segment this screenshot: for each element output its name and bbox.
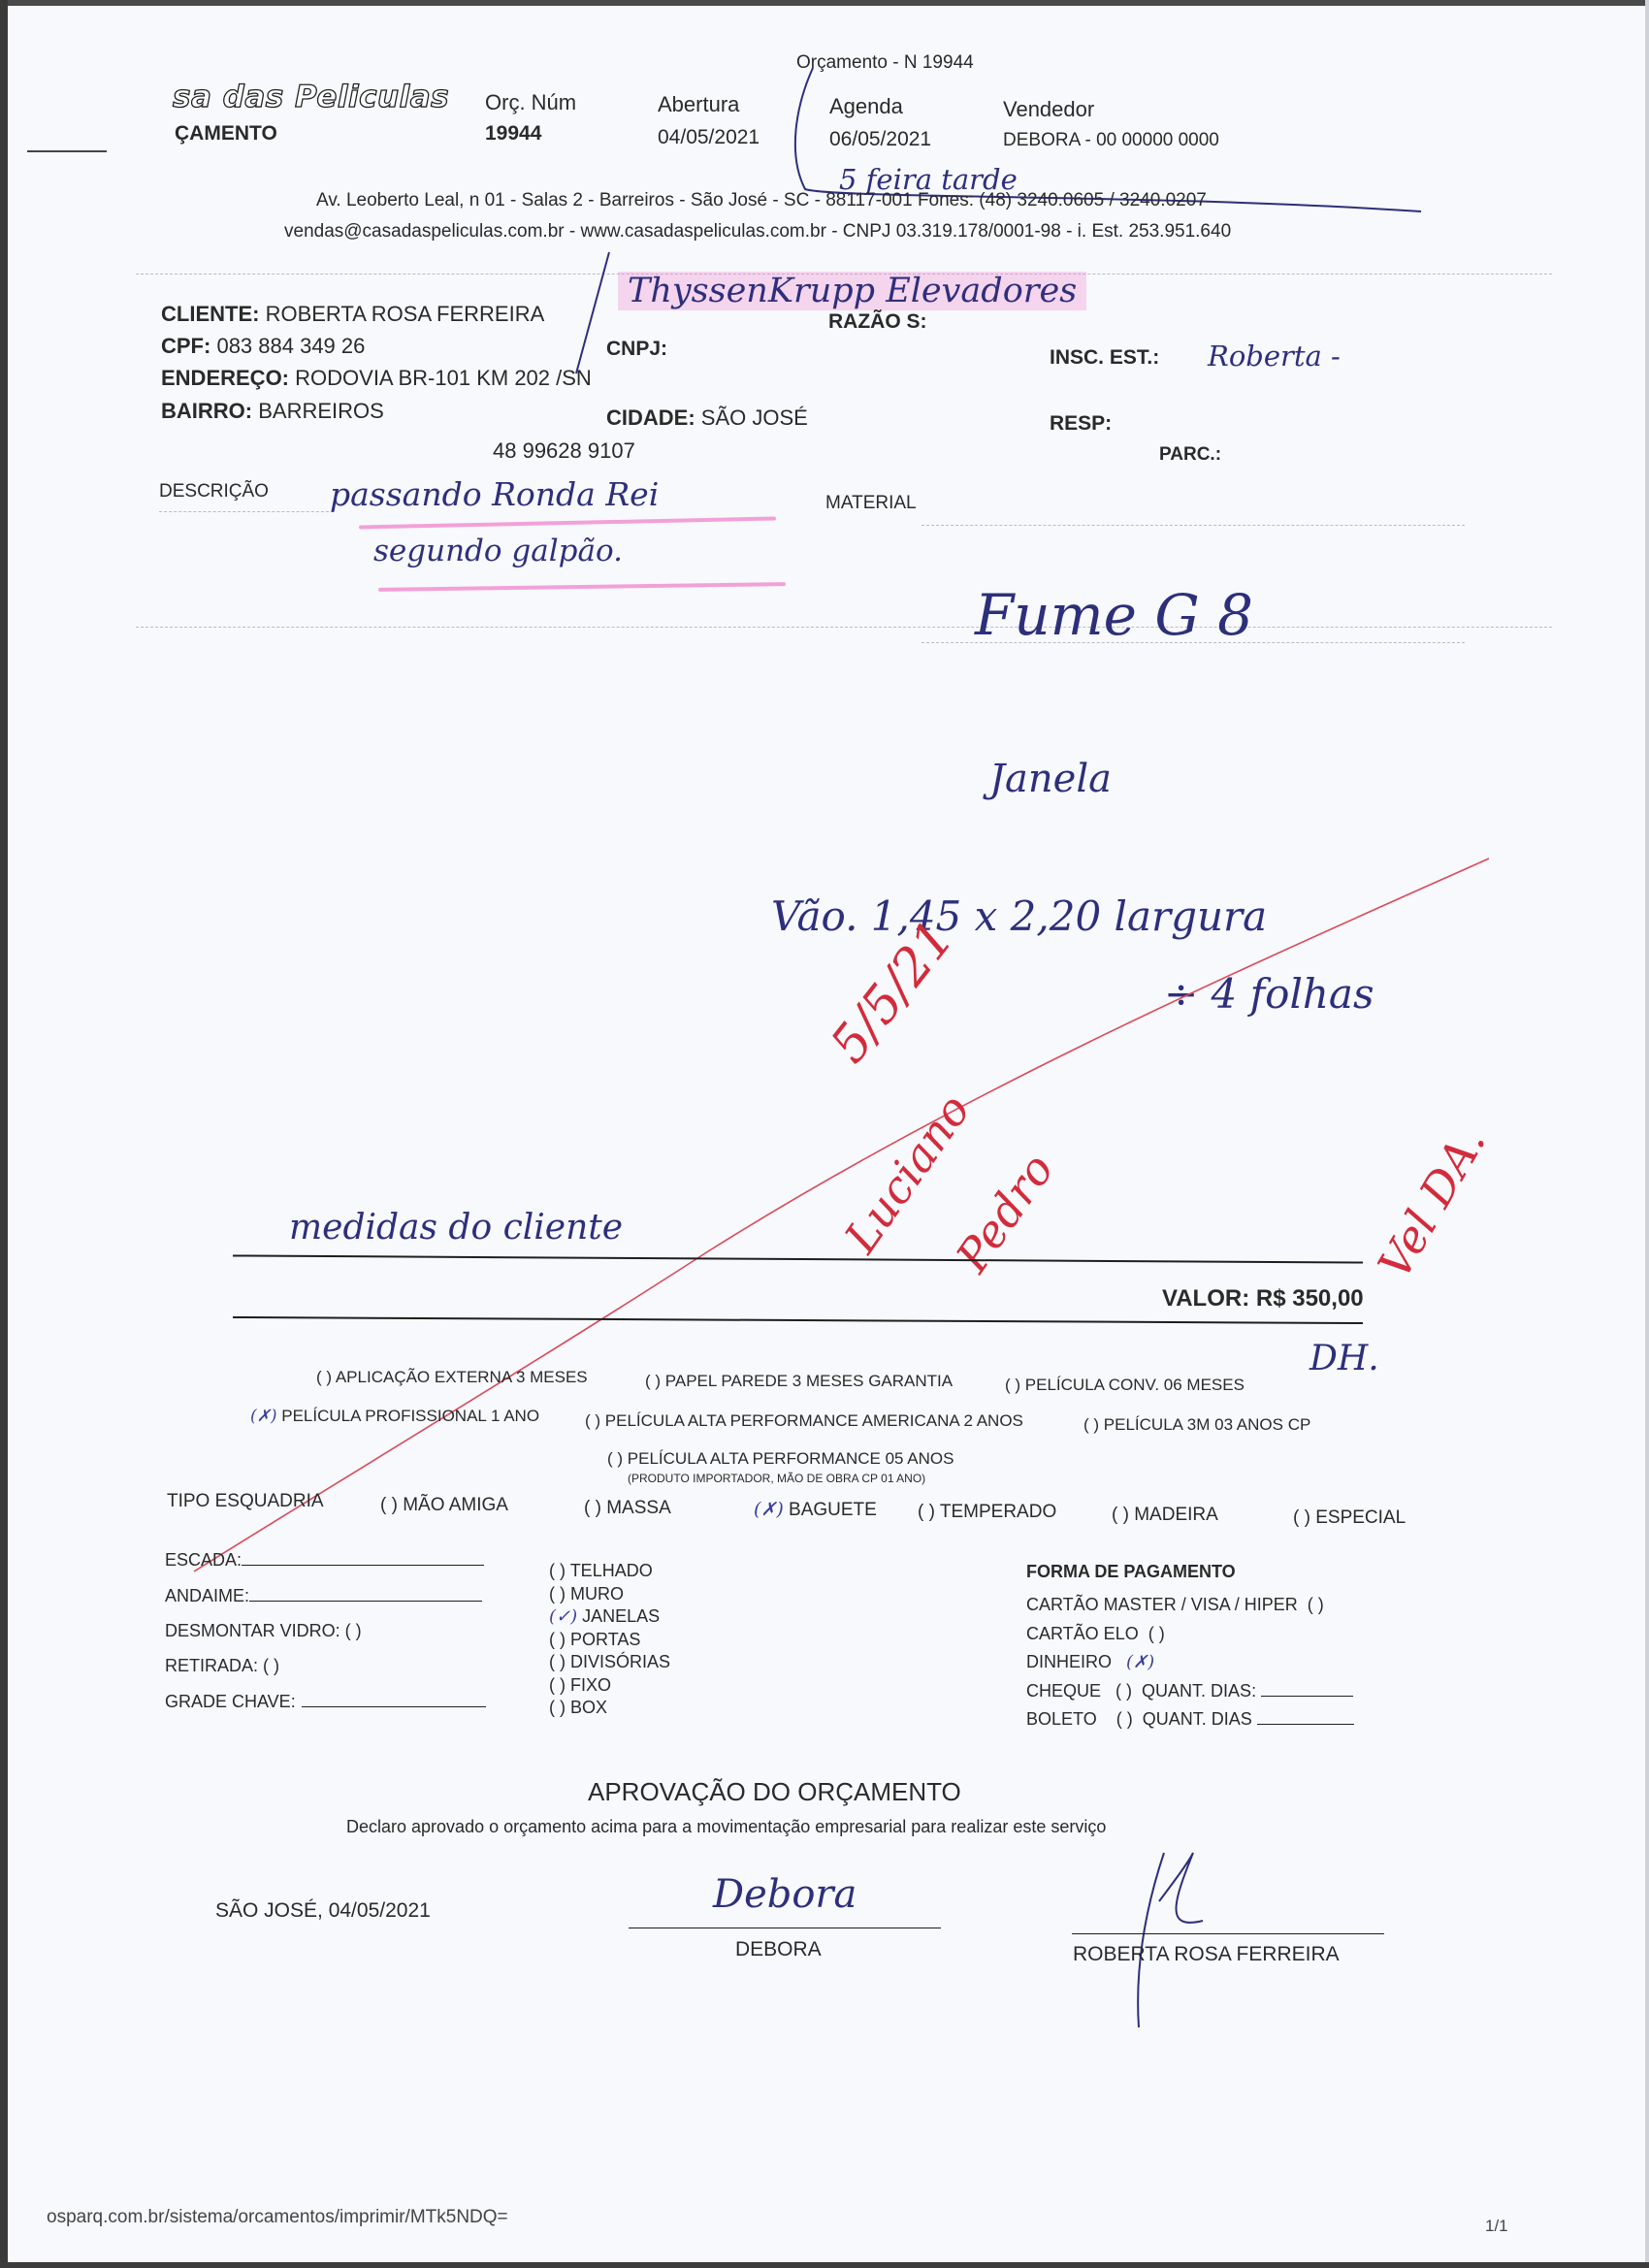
option-label: DINHEIRO (1026, 1652, 1112, 1671)
esquadria-massa[interactable]: ( ) MASSA (584, 1498, 671, 1519)
checkbox[interactable]: ( ) (1083, 1415, 1099, 1434)
service-papel-parede[interactable]: ( ) PAPEL PAREDE 3 MESES GARANTIA (645, 1372, 953, 1391)
grade-label: GRADE CHAVE: (165, 1692, 296, 1711)
signer-roberta: ROBERTA ROSA FERREIRA (1073, 1943, 1340, 1966)
grade-field[interactable]: GRADE CHAVE: (165, 1691, 486, 1712)
payment-dinheiro[interactable]: DINHEIRO (✗) (1026, 1648, 1354, 1677)
option-label: BOLETO (1026, 1709, 1097, 1729)
quant-dias-label: QUANT. DIAS: (1142, 1681, 1256, 1701)
option-label: CARTÃO ELO (1026, 1624, 1139, 1643)
quant-dias-input[interactable] (1261, 1680, 1353, 1697)
service-pelicula-conv[interactable]: ( ) PELÍCULA CONV. 06 MESES (1005, 1376, 1245, 1395)
signature-debora: Debora (713, 1872, 857, 1917)
option-label: TEMPERADO (940, 1502, 1056, 1522)
valor-field: VALOR: R$ 350,00 (1162, 1285, 1364, 1312)
valor-value: R$ 350,00 (1256, 1285, 1364, 1312)
andaime-field[interactable]: ANDAIME: (165, 1585, 482, 1606)
option-label: BOX (570, 1698, 607, 1717)
option-label: CARTÃO MASTER / VISA / HIPER (1026, 1595, 1298, 1614)
option-label: PELÍCULA PROFISSIONAL 1 ANO (281, 1407, 539, 1425)
quant-dias-input[interactable] (1257, 1708, 1354, 1725)
payment-cartao-master[interactable]: CARTÃO MASTER / VISA / HIPER ( ) (1026, 1591, 1354, 1620)
esquadria-especial[interactable]: ( ) ESPECIAL (1293, 1507, 1406, 1529)
option-label: PAPEL PAREDE 3 MESES GARANTIA (665, 1372, 953, 1390)
place-date: SÃO JOSÉ, 04/05/2021 (215, 1899, 431, 1923)
andaime-label: ANDAIME: (165, 1586, 249, 1605)
esquadria-mao-amiga[interactable]: ( ) MÃO AMIGA (380, 1495, 508, 1516)
checkbox[interactable]: ( ) (584, 1498, 601, 1518)
checkbox-checked[interactable]: (✓) (549, 1606, 577, 1627)
checkbox-checked[interactable]: (✗) (754, 1499, 784, 1520)
esquadria-baguete[interactable]: (✗) BAGUETE (754, 1499, 877, 1521)
checkbox[interactable]: ( ) (1308, 1595, 1324, 1614)
option-label: PORTAS (570, 1630, 640, 1649)
scan-edge-bottom (0, 2262, 1649, 2268)
local-portas[interactable]: ( ) PORTAS (549, 1629, 670, 1652)
local-fixo[interactable]: ( ) FIXO (549, 1674, 670, 1698)
service-alta-performance-05[interactable]: ( ) PELÍCULA ALTA PERFORMANCE 05 ANOS (607, 1449, 954, 1469)
checkbox[interactable]: ( ) (1112, 1505, 1129, 1525)
payment-boleto[interactable]: BOLETO ( ) QUANT. DIAS (1026, 1705, 1354, 1734)
option-label: MASSA (606, 1498, 671, 1518)
option-label: PELÍCULA 3M 03 ANOS CP (1104, 1415, 1311, 1434)
checkbox[interactable]: ( ) (380, 1495, 398, 1515)
option-label: ESPECIAL (1315, 1507, 1406, 1528)
page-number: 1/1 (1485, 2217, 1508, 2236)
quant-dias-label: QUANT. DIAS (1143, 1709, 1252, 1729)
checkbox[interactable]: ( ) (549, 1652, 566, 1671)
locais-list: ( ) TELHADO ( ) MURO (✓) JANELAS ( ) POR… (549, 1560, 670, 1720)
escada-label: ESCADA: (165, 1550, 242, 1570)
option-label: FIXO (570, 1675, 611, 1695)
checkbox-checked[interactable]: (✗) (250, 1407, 277, 1426)
checkbox[interactable]: ( ) (549, 1584, 566, 1604)
esquadria-label: TIPO ESQUADRIA (167, 1491, 324, 1512)
signature-roberta-stroke (1106, 1843, 1222, 2037)
signer-debora: DEBORA (735, 1938, 822, 1961)
red-diagonal-stroke (0, 0, 1649, 1649)
service-note: (PRODUTO IMPORTADOR, MÃO DE OBRA CP 01 A… (628, 1472, 925, 1485)
checkbox[interactable]: ( ) (549, 1698, 566, 1717)
local-box[interactable]: ( ) BOX (549, 1697, 670, 1720)
checkbox[interactable]: ( ) (1293, 1507, 1310, 1528)
service-alta-performance-americana[interactable]: ( ) PELÍCULA ALTA PERFORMANCE AMERICANA … (585, 1411, 1023, 1431)
valor-initials: DH. (1309, 1339, 1379, 1378)
checkbox[interactable]: ( ) (1005, 1376, 1020, 1394)
checkbox[interactable]: ( ) (1148, 1624, 1165, 1643)
service-pelicula-3m[interactable]: ( ) PELÍCULA 3M 03 ANOS CP (1083, 1415, 1310, 1435)
option-label: PELÍCULA ALTA PERFORMANCE AMERICANA 2 AN… (605, 1411, 1023, 1430)
payment-title: FORMA DE PAGAMENTO (1026, 1562, 1236, 1582)
escada-input[interactable] (242, 1549, 484, 1566)
local-telhado[interactable]: ( ) TELHADO (549, 1560, 670, 1583)
option-label: BAGUETE (789, 1500, 877, 1520)
andaime-input[interactable] (249, 1585, 482, 1602)
payment-list: CARTÃO MASTER / VISA / HIPER ( ) CARTÃO … (1026, 1591, 1354, 1734)
option-label: PELÍCULA ALTA PERFORMANCE 05 ANOS (628, 1449, 954, 1468)
service-pelicula-profissional[interactable]: (✗) PELÍCULA PROFISSIONAL 1 ANO (250, 1407, 539, 1426)
option-label: TELHADO (570, 1561, 653, 1580)
service-aplicacao-externa[interactable]: ( ) APLICAÇÃO EXTERNA 3 MESES (316, 1368, 588, 1387)
local-janelas[interactable]: (✓) JANELAS (549, 1605, 670, 1629)
option-label: PELÍCULA CONV. 06 MESES (1025, 1376, 1245, 1394)
option-label: MURO (570, 1584, 624, 1604)
esquadria-madeira[interactable]: ( ) MADEIRA (1112, 1505, 1218, 1526)
checkbox[interactable]: ( ) (918, 1502, 935, 1522)
grade-input[interactable] (302, 1691, 486, 1707)
valor-label: VALOR: (1162, 1285, 1249, 1312)
checkbox[interactable]: ( ) (549, 1561, 566, 1580)
option-label: APLICAÇÃO EXTERNA 3 MESES (336, 1368, 588, 1386)
option-label: CHEQUE (1026, 1681, 1101, 1701)
desmontar-field[interactable]: DESMONTAR VIDRO: ( ) (165, 1621, 362, 1641)
checkbox[interactable]: ( ) (316, 1368, 332, 1386)
retirada-field[interactable]: RETIRADA: ( ) (165, 1656, 279, 1676)
footer-url[interactable]: osparq.com.br/sistema/orcamentos/imprimi… (47, 2207, 508, 2228)
checkbox[interactable]: ( ) (607, 1449, 623, 1468)
option-label: MÃO AMIGA (403, 1495, 508, 1515)
checkbox[interactable]: ( ) (585, 1411, 600, 1430)
signature-line (1072, 1933, 1384, 1934)
option-label: DIVISÓRIAS (570, 1652, 670, 1671)
checkbox[interactable]: ( ) (645, 1372, 661, 1390)
option-label: MADEIRA (1134, 1505, 1218, 1525)
option-label: JANELAS (582, 1606, 660, 1626)
signature-line (629, 1928, 941, 1928)
approval-title: APROVAÇÃO DO ORÇAMENTO (588, 1777, 961, 1807)
checkbox[interactable]: ( ) (1116, 1709, 1133, 1729)
local-divisorias[interactable]: ( ) DIVISÓRIAS (549, 1651, 670, 1674)
esquadria-temperado[interactable]: ( ) TEMPERADO (918, 1502, 1056, 1523)
escada-field[interactable]: ESCADA: (165, 1549, 484, 1571)
local-muro[interactable]: ( ) MURO (549, 1583, 670, 1606)
medidas-handwritten: medidas do cliente (289, 1208, 623, 1247)
checkbox[interactable]: ( ) (549, 1675, 566, 1695)
payment-cheque[interactable]: CHEQUE ( ) QUANT. DIAS: (1026, 1677, 1354, 1706)
checkbox-checked[interactable]: (✗) (1126, 1652, 1154, 1672)
approval-text: Declaro aprovado o orçamento acima para … (346, 1817, 1106, 1837)
payment-cartao-elo[interactable]: CARTÃO ELO ( ) (1026, 1620, 1354, 1649)
checkbox[interactable]: ( ) (549, 1630, 566, 1649)
checkbox[interactable]: ( ) (1115, 1681, 1132, 1701)
